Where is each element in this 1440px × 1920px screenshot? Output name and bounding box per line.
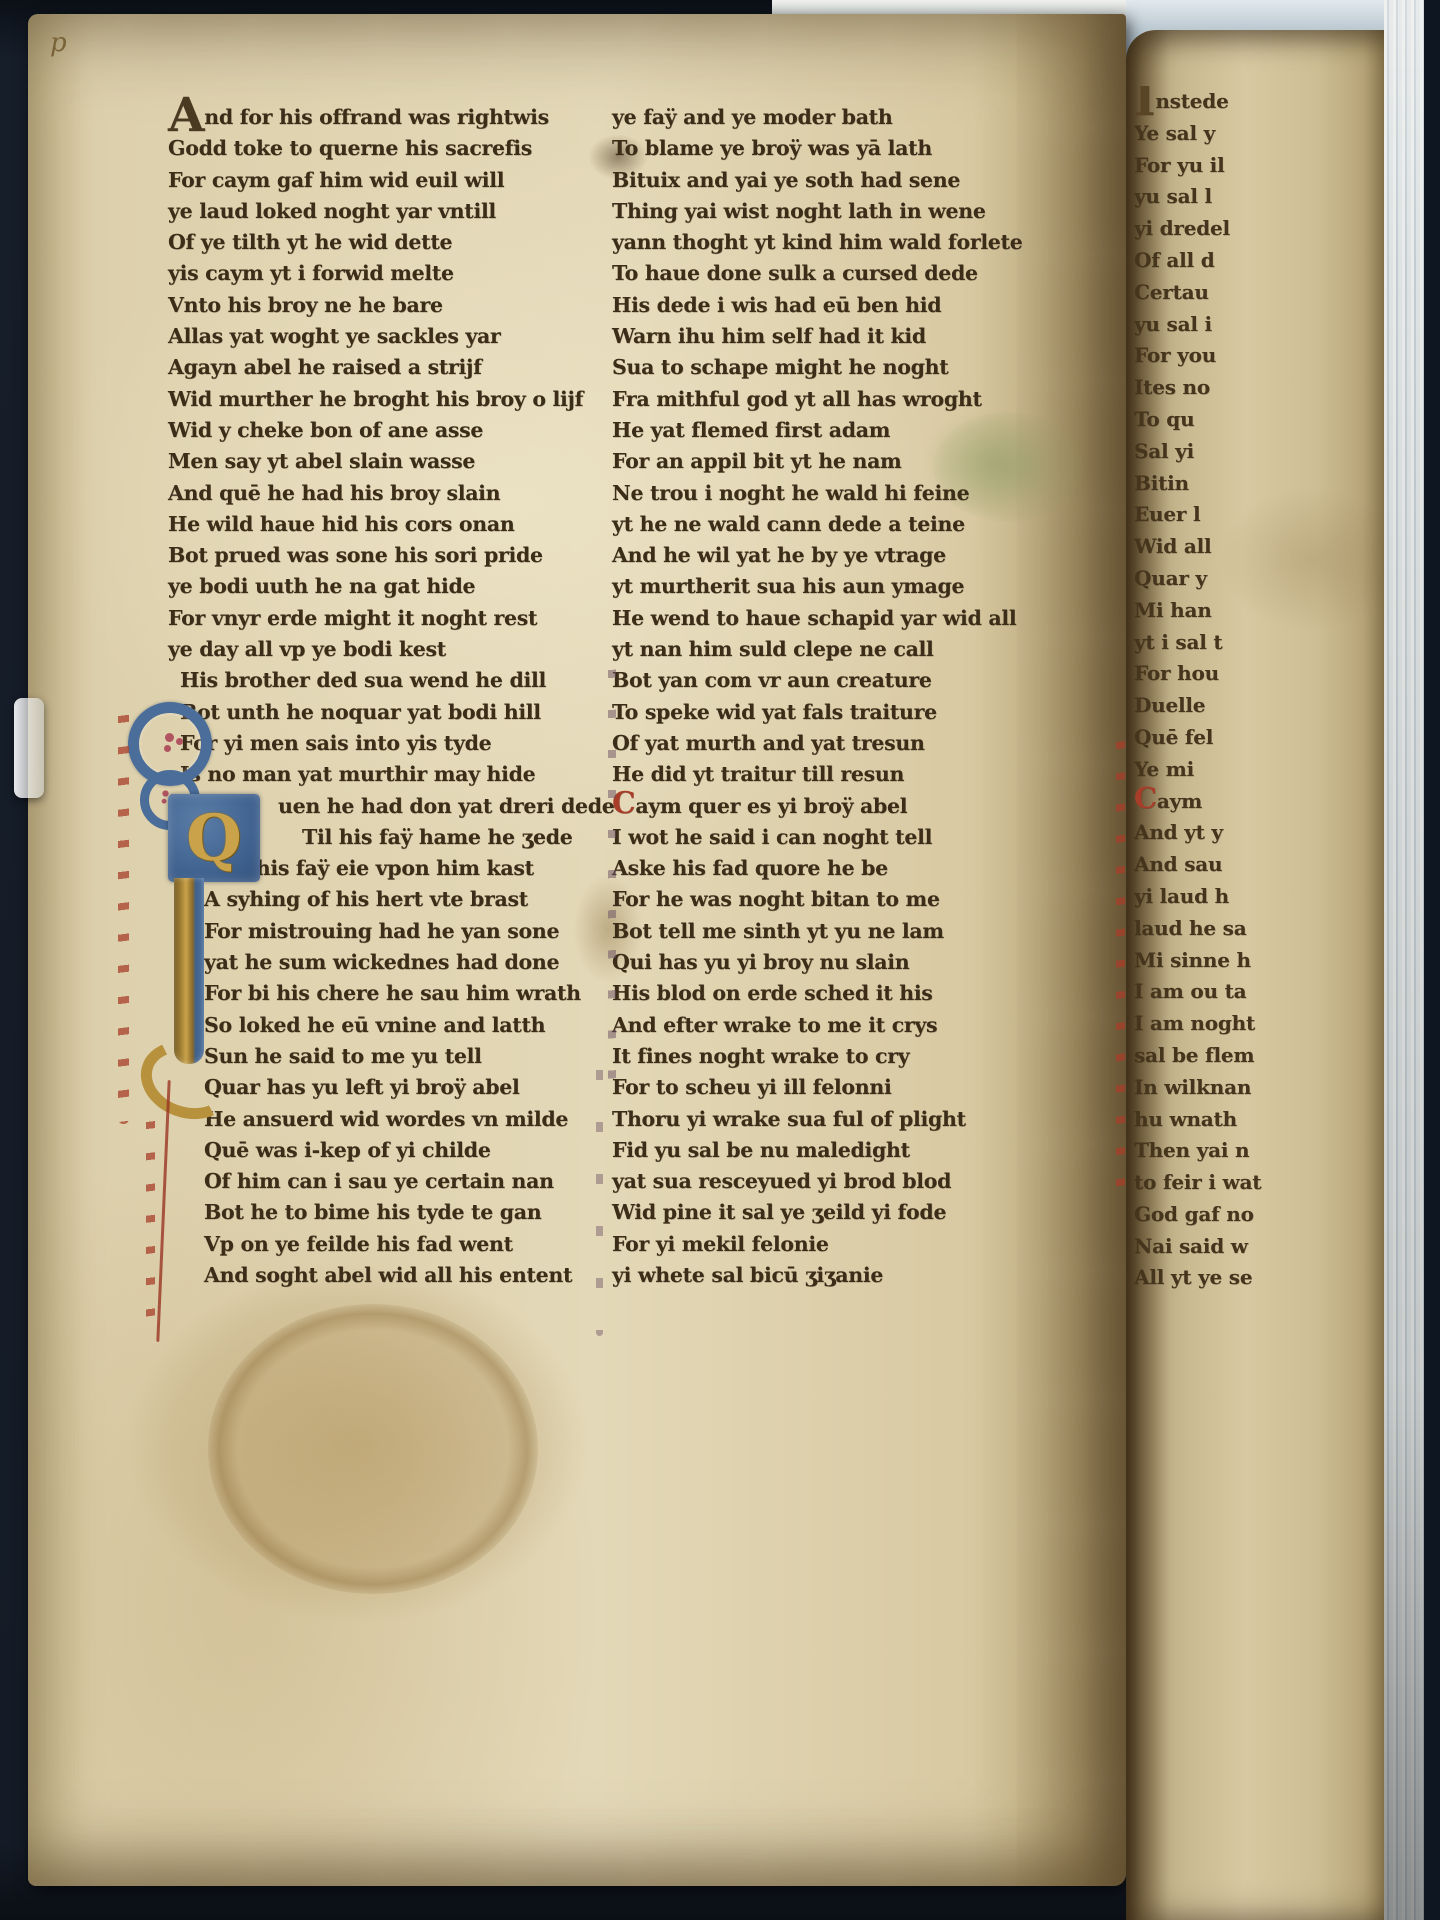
text-column-facing: InstedeYe sal yFor yu ilyu sal lyi drede… (1134, 86, 1380, 1294)
text-line: Quē was i-kep of yi childe (168, 1135, 615, 1166)
text-line: Qui has yu yi broy nu slain (612, 947, 1022, 978)
text-line: hu wnath (1134, 1104, 1380, 1136)
text-line: Fra mithful god yt all has wroght (612, 384, 1022, 415)
text-line: Wid y cheke bon of ane asse (168, 415, 615, 446)
text-line: And sau (1134, 849, 1380, 881)
text-line: His blod on erde sched it his (612, 978, 1022, 1009)
text-line: And for his offrand was rightwis (168, 102, 615, 133)
manuscript-photo: p And for his offrand was rightwisGodd t… (0, 0, 1440, 1920)
text-line: Caym quer es yi broÿ abel (612, 791, 1022, 822)
marginal-red-flourish-lower (146, 1110, 155, 1334)
text-line: Sal yi (1134, 436, 1380, 468)
text-line: It fines noght wrake to cry (612, 1041, 1022, 1072)
text-line: Quē fel (1134, 722, 1380, 754)
text-line: Bot prued was sone his sori pride (168, 540, 615, 571)
text-line: Ne trou i noght he wald hi feine (612, 478, 1022, 509)
text-line: For yu il (1134, 150, 1380, 182)
initial-descender-bar (174, 878, 204, 1064)
text-line: yt nan him suld clepe ne call (612, 634, 1022, 665)
text-line: For bi his chere he sau him wrath (168, 978, 615, 1009)
text-line: For to scheu yi ill felonni (612, 1072, 1022, 1103)
text-line: I am noght (1134, 1008, 1380, 1040)
text-line: For hou (1134, 658, 1380, 690)
text-line: And quē he had his broy slain (168, 478, 615, 509)
text-line: He wend to haue schapid yar wid all (612, 603, 1022, 634)
text-line: Bot he to bime his tyde te gan (168, 1197, 615, 1228)
text-line: Warn ihu him self had it kid (612, 321, 1022, 352)
text-column-right: ye faÿ and ye moder bathTo blame ye broÿ… (612, 102, 1022, 1291)
text-line: Mi sinne h (1134, 945, 1380, 977)
text-line: And yt y (1134, 817, 1380, 849)
text-line: Vnto his broy ne he bare (168, 290, 615, 321)
text-line: And efter wrake to me it crys (612, 1010, 1022, 1041)
text-line: Aske his fad quore he be (612, 853, 1022, 884)
text-line: I am ou ta (1134, 976, 1380, 1008)
text-line: Allas yat woght ye sackles yar (168, 321, 615, 352)
drop-initial: C (1134, 788, 1157, 808)
text-line: A syhing of his hert vte brast (168, 884, 615, 915)
text-line: Godd toke to querne his sacrefis (168, 133, 615, 164)
text-line: For caym gaf him wid euil will (168, 165, 615, 196)
text-line: ye day all vp ye bodi kest (168, 634, 615, 665)
text-line: sal be flem (1134, 1040, 1380, 1072)
book-cover-right (1424, 0, 1440, 1920)
text-line: His brother ded sua wend he dill (168, 665, 615, 696)
text-line: For yi men sais into yis tyde (168, 728, 615, 759)
text-line: Ye sal y (1134, 118, 1380, 150)
text-line: Bot unth he noquar yat bodi hill (168, 697, 615, 728)
text-line: Agayn abel he raised a strijf (168, 352, 615, 383)
text-line: Ye mi (1134, 754, 1380, 786)
text-line: yat he sum wickednes had done (168, 947, 615, 978)
text-line: Bitin (1134, 468, 1380, 500)
text-line: So loked he eū vnine and latth (168, 1010, 615, 1041)
text-line: ye laud loked noght yar vntill (168, 196, 615, 227)
text-line: laud he sa (1134, 913, 1380, 945)
text-line: For vnyr erde might it noght rest (168, 603, 615, 634)
text-line: For an appil bit yt he nam (612, 446, 1022, 477)
text-line: yt murtherit sua his aun ymage (612, 571, 1022, 602)
facing-red-flourish (1116, 730, 1125, 1200)
text-line: Is no man yat murthir may hide (168, 759, 615, 790)
text-line: Wid pine it sal ye ʒeild yi fode (612, 1197, 1022, 1228)
text-line: And soght abel wid all his entent (168, 1260, 615, 1291)
text-line: Of ye tilth yt he wid dette (168, 227, 615, 258)
text-line: Duelle (1134, 690, 1380, 722)
drop-initial: A (168, 105, 204, 126)
drop-initial: I (1134, 89, 1155, 110)
intercolumn-flourish (608, 654, 616, 1106)
text-line: Instede (1134, 86, 1380, 118)
text-line: yann thoght yt kind him wald forlete (612, 227, 1022, 258)
text-line: Wid murther he broght his broy o lijf (168, 384, 615, 415)
text-line: He wild haue hid his cors onan (168, 509, 615, 540)
text-line: Thoru yi wrake sua ful of plight (612, 1104, 1022, 1135)
text-line: For mistrouing had he yan sone (168, 916, 615, 947)
text-line: Men say yt abel slain wasse (168, 446, 615, 477)
text-line: To blame ye broÿ was yā lath (612, 133, 1022, 164)
text-line: Wid all (1134, 531, 1380, 563)
text-line: yi laud h (1134, 881, 1380, 913)
text-line: yis caym yt i forwid melte (168, 258, 615, 289)
intercolumn-flourish-lower (596, 1050, 603, 1336)
text-line: Mi han (1134, 595, 1380, 627)
text-line: Vp on ye feilde his fad went (168, 1229, 615, 1260)
text-line: All yt ye se (1134, 1262, 1380, 1294)
text-line: For you (1134, 340, 1380, 372)
text-line: He did yt traitur till resun (612, 759, 1022, 790)
text-line: To qu (1134, 404, 1380, 436)
text-line: Quar y (1134, 563, 1380, 595)
text-line: For he was noght bitan to me (612, 884, 1022, 915)
text-line: Of yat murth and yat tresun (612, 728, 1022, 759)
text-column-left: And for his offrand was rightwisGodd tok… (168, 102, 615, 1291)
text-line: God gaf no (1134, 1199, 1380, 1231)
facing-page-partial: InstedeYe sal yFor yu ilyu sal lyi drede… (1126, 30, 1384, 1920)
illuminated-initial-letter: Q (186, 801, 242, 876)
text-line: Nai said w (1134, 1231, 1380, 1263)
text-line: Bot tell me sinth yt yu ne lam (612, 916, 1022, 947)
text-line: I wot he said i can noght tell (612, 822, 1022, 853)
text-line: ye faÿ and ye moder bath (612, 102, 1022, 133)
foliation-mark: p (50, 28, 67, 58)
water-stain (208, 1304, 538, 1594)
text-line: To haue done sulk a cursed dede (612, 258, 1022, 289)
page-holder-clip (14, 698, 44, 798)
text-line: To speke wid yat fals traiture (612, 697, 1022, 728)
text-line: Certau (1134, 277, 1380, 309)
text-line: Then yai n (1134, 1135, 1380, 1167)
text-line: yu sal i (1134, 309, 1380, 341)
text-line: Ites no (1134, 372, 1380, 404)
text-line: yi dredel (1134, 213, 1380, 245)
red-trefoil-dots (165, 733, 174, 742)
text-line: Of all d (1134, 245, 1380, 277)
text-line: He ansuerd wid wordes vn milde (168, 1104, 615, 1135)
text-line: yat sua resceyued yi brod blod (612, 1166, 1022, 1197)
text-line: In wilknan (1134, 1072, 1380, 1104)
text-line: Euer l (1134, 499, 1380, 531)
text-line: Of him can i sau ye certain nan (168, 1166, 615, 1197)
text-line: His dede i wis had eū ben hid (612, 290, 1022, 321)
text-line: Thing yai wist noght lath in wene (612, 196, 1022, 227)
text-line: yt i sal t (1134, 627, 1380, 659)
text-line: And he wil yat he by ye vtrage (612, 540, 1022, 571)
text-line: yi whete sal bicū ʒiʒanie (612, 1260, 1022, 1291)
text-line: yt he ne wald cann dede a teine (612, 509, 1022, 540)
text-line: ye bodi uuth he na gat hide (168, 571, 615, 602)
text-line: yu sal l (1134, 181, 1380, 213)
manuscript-page: p And for his offrand was rightwisGodd t… (28, 14, 1126, 1886)
text-line: Fid yu sal be nu maledight (612, 1135, 1022, 1166)
text-line: Sun he said to me yu tell (168, 1041, 615, 1072)
text-line: to feir i wat (1134, 1167, 1380, 1199)
text-line: Sua to schape might he noght (612, 352, 1022, 383)
text-line: Bituix and yai ye soth had sene (612, 165, 1022, 196)
text-line: Bot yan com vr aun creature (612, 665, 1022, 696)
text-line: For yi mekil felonie (612, 1229, 1022, 1260)
marginal-red-flourish (118, 704, 129, 1124)
book-fore-edge (1384, 0, 1426, 1920)
text-line: He yat flemed first adam (612, 415, 1022, 446)
text-line: Caym (1134, 786, 1380, 818)
illuminated-initial-block: Q (168, 794, 260, 882)
